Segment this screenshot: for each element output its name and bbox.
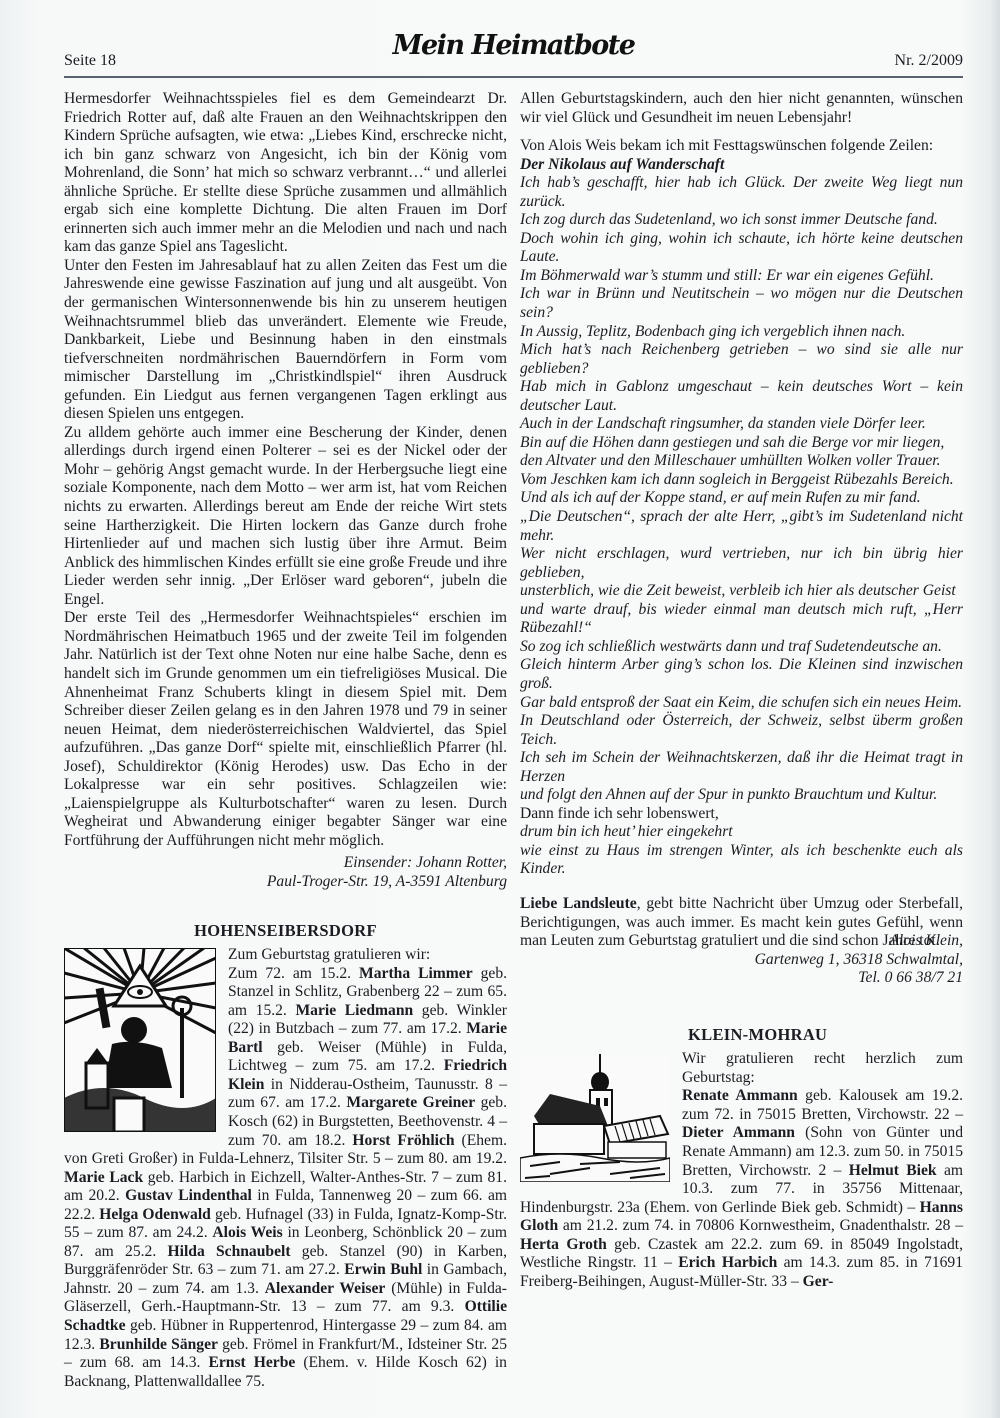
left-column: Hermesdorfer Weihnachtsspieles fiel es d…: [64, 90, 507, 1391]
birthday-name: Helmut Biek: [849, 1162, 937, 1179]
poem-line: Hab mich in Gablonz umgeschaut – kein de…: [520, 378, 963, 415]
poem-line: In Aussig, Teplitz, Bodenbach ging ich v…: [520, 323, 963, 342]
birthday-name: Brunhilde Sänger: [99, 1336, 218, 1353]
birthday-name: Dieter Ammann: [682, 1124, 795, 1141]
poem-line: Ich hab’s geschafft, hier hab ich Glück.…: [520, 174, 963, 211]
poem-line: wie einst zu Haus im strengen Winter, al…: [520, 842, 963, 879]
birthday-wishes: Allen Geburtstagskindern, auch den hier …: [520, 90, 963, 127]
poem-line: In Deutschland oder Österreich, der Schw…: [520, 712, 963, 749]
birthday-name: Marie Liedmann: [295, 1002, 413, 1019]
poem-line: den Altvater und den Milleschauer umhüll…: [520, 452, 963, 471]
birthday-name: Helga Odenwald: [99, 1206, 211, 1223]
signature-address: Gartenweg 1, 36318 Schwalmtal,: [520, 951, 963, 970]
birthday-name: Renate Ammann: [682, 1087, 798, 1104]
birthday-name: Erich Harbich: [678, 1254, 777, 1271]
birthday-name: Gustav Lindenthal: [125, 1187, 252, 1204]
church-village-image: [520, 1054, 670, 1182]
section-intro: Zum Geburtstag gratulieren wir:: [228, 946, 430, 963]
issue-number: Nr. 2/2009: [895, 52, 963, 70]
article-paragraph: Zu alldem gehörte auch immer eine Besche…: [64, 424, 507, 609]
poem-line: und folgt den Ahnen auf der Spur in punk…: [520, 786, 963, 805]
poem-line: Bin auf die Höhen dann gestiegen und sah…: [520, 434, 963, 453]
article-paragraph: Hermesdorfer Weihnachtsspieles fiel es d…: [64, 90, 507, 257]
woodcut-saint-image: [64, 948, 216, 1132]
appeal-greeting: Liebe Landsleute: [520, 895, 637, 912]
poem-line: unsterblich, wie die Zeit beweist, verbl…: [520, 582, 963, 601]
page-header: Seite 18 Mein Heimatbote Nr. 2/2009: [64, 22, 963, 78]
poem-line: Dann finde ich sehr lobenswert,: [520, 805, 963, 824]
birthday-name: Erwin Buhl: [344, 1261, 422, 1278]
poem-line: Wer nicht erschlagen, wurd vertrieben, n…: [520, 545, 963, 582]
poem-line: Gleich hinterm Arber ging’s schon los. D…: [520, 656, 963, 693]
birthday-name: Ger-: [803, 1273, 834, 1290]
author-signature: Einsender: Johann Rotter,: [64, 854, 507, 873]
poem-line: Gar bald entsproß der Saat ein Keim, die…: [520, 694, 963, 713]
poem-line: drum bin ich heut’ hier eingekehrt: [520, 823, 963, 842]
poem-line: Ich zog durch das Sudetenland, wo ich so…: [520, 211, 963, 230]
birthday-list-hohenseibersdorf: Zum Geburtstag gratulieren wir: Zum 72. …: [64, 946, 507, 1391]
birthday-name: Alois Weis: [212, 1224, 282, 1241]
section-intro: Wir gratulieren recht herzlich zum Gebur…: [682, 1050, 963, 1086]
poem: Ich hab’s geschafft, hier hab ich Glück.…: [520, 174, 963, 879]
birthday-name: Alexander Weiser: [265, 1280, 386, 1297]
section-title-hohenseibersdorf: HOHENSEIBERSDORF: [64, 922, 507, 941]
poem-line: Im Böhmerwald war’s stumm und still: Er …: [520, 267, 963, 286]
signature-phone: Tel. 0 66 38/7 21: [520, 969, 963, 988]
poem-intro: Von Alois Weis bekam ich mit Festtagswün…: [520, 137, 963, 156]
poem-line: „Die Deutschen“, sprach der alte Herr, „…: [520, 508, 963, 545]
section-title-klein-mohrau: KLEIN-MOHRAU: [688, 1026, 963, 1045]
birthday-name: Herta Groth: [520, 1236, 607, 1253]
poem-line: Auch in der Landschaft ringsumher, da st…: [520, 415, 963, 434]
article-paragraph: Der erste Teil des „Hermesdorfer Weihnac…: [64, 609, 507, 850]
birthday-name: Ernst Herbe: [208, 1354, 295, 1371]
page-number: Seite 18: [64, 52, 116, 70]
poem-line: Ich seh im Schein der Weihnachtskerzen, …: [520, 749, 963, 786]
right-column: Allen Geburtstagskindern, auch den hier …: [520, 90, 963, 1291]
masthead-logo: Mein Heimatbote: [393, 30, 635, 61]
article-paragraph: Unter den Festen im Jahresablauf hat zu …: [64, 257, 507, 424]
birthday-name: Marie Lack: [64, 1169, 143, 1186]
poem-line: und warte drauf, bis wieder einmal man d…: [520, 601, 963, 638]
header-rule: [64, 76, 963, 78]
poem-title: Der Nikolaus auf Wanderschaft: [520, 156, 963, 175]
poem-line: Und als ich auf der Koppe stand, er auf …: [520, 489, 963, 508]
birthday-list-klein-mohrau: Wir gratulieren recht herzlich zum Gebur…: [520, 1050, 963, 1291]
poem-line: Ich war in Brünn und Neutitschein – wo m…: [520, 285, 963, 322]
birthday-name: Hilda Schnaubelt: [167, 1243, 290, 1260]
birthday-name: Martha Limmer: [359, 965, 473, 982]
poem-line: So zog ich schließlich westwärts dann un…: [520, 638, 963, 657]
poem-line: Doch wohin ich ging, wohin ich schaute, …: [520, 230, 963, 267]
birthday-name: Horst Fröhlich: [352, 1132, 454, 1149]
birthday-name: Margarete Greiner: [346, 1094, 475, 1111]
author-address: Paul-Troger-Str. 19, A-3591 Altenburg: [64, 873, 507, 892]
poem-line: Vom Jeschken kam ich dann sogleich in Be…: [520, 471, 963, 490]
newspaper-page: Seite 18 Mein Heimatbote Nr. 2/2009 Herm…: [0, 0, 1000, 1418]
poem-line: Mich hat’s nach Reichenberg getrieben – …: [520, 341, 963, 378]
